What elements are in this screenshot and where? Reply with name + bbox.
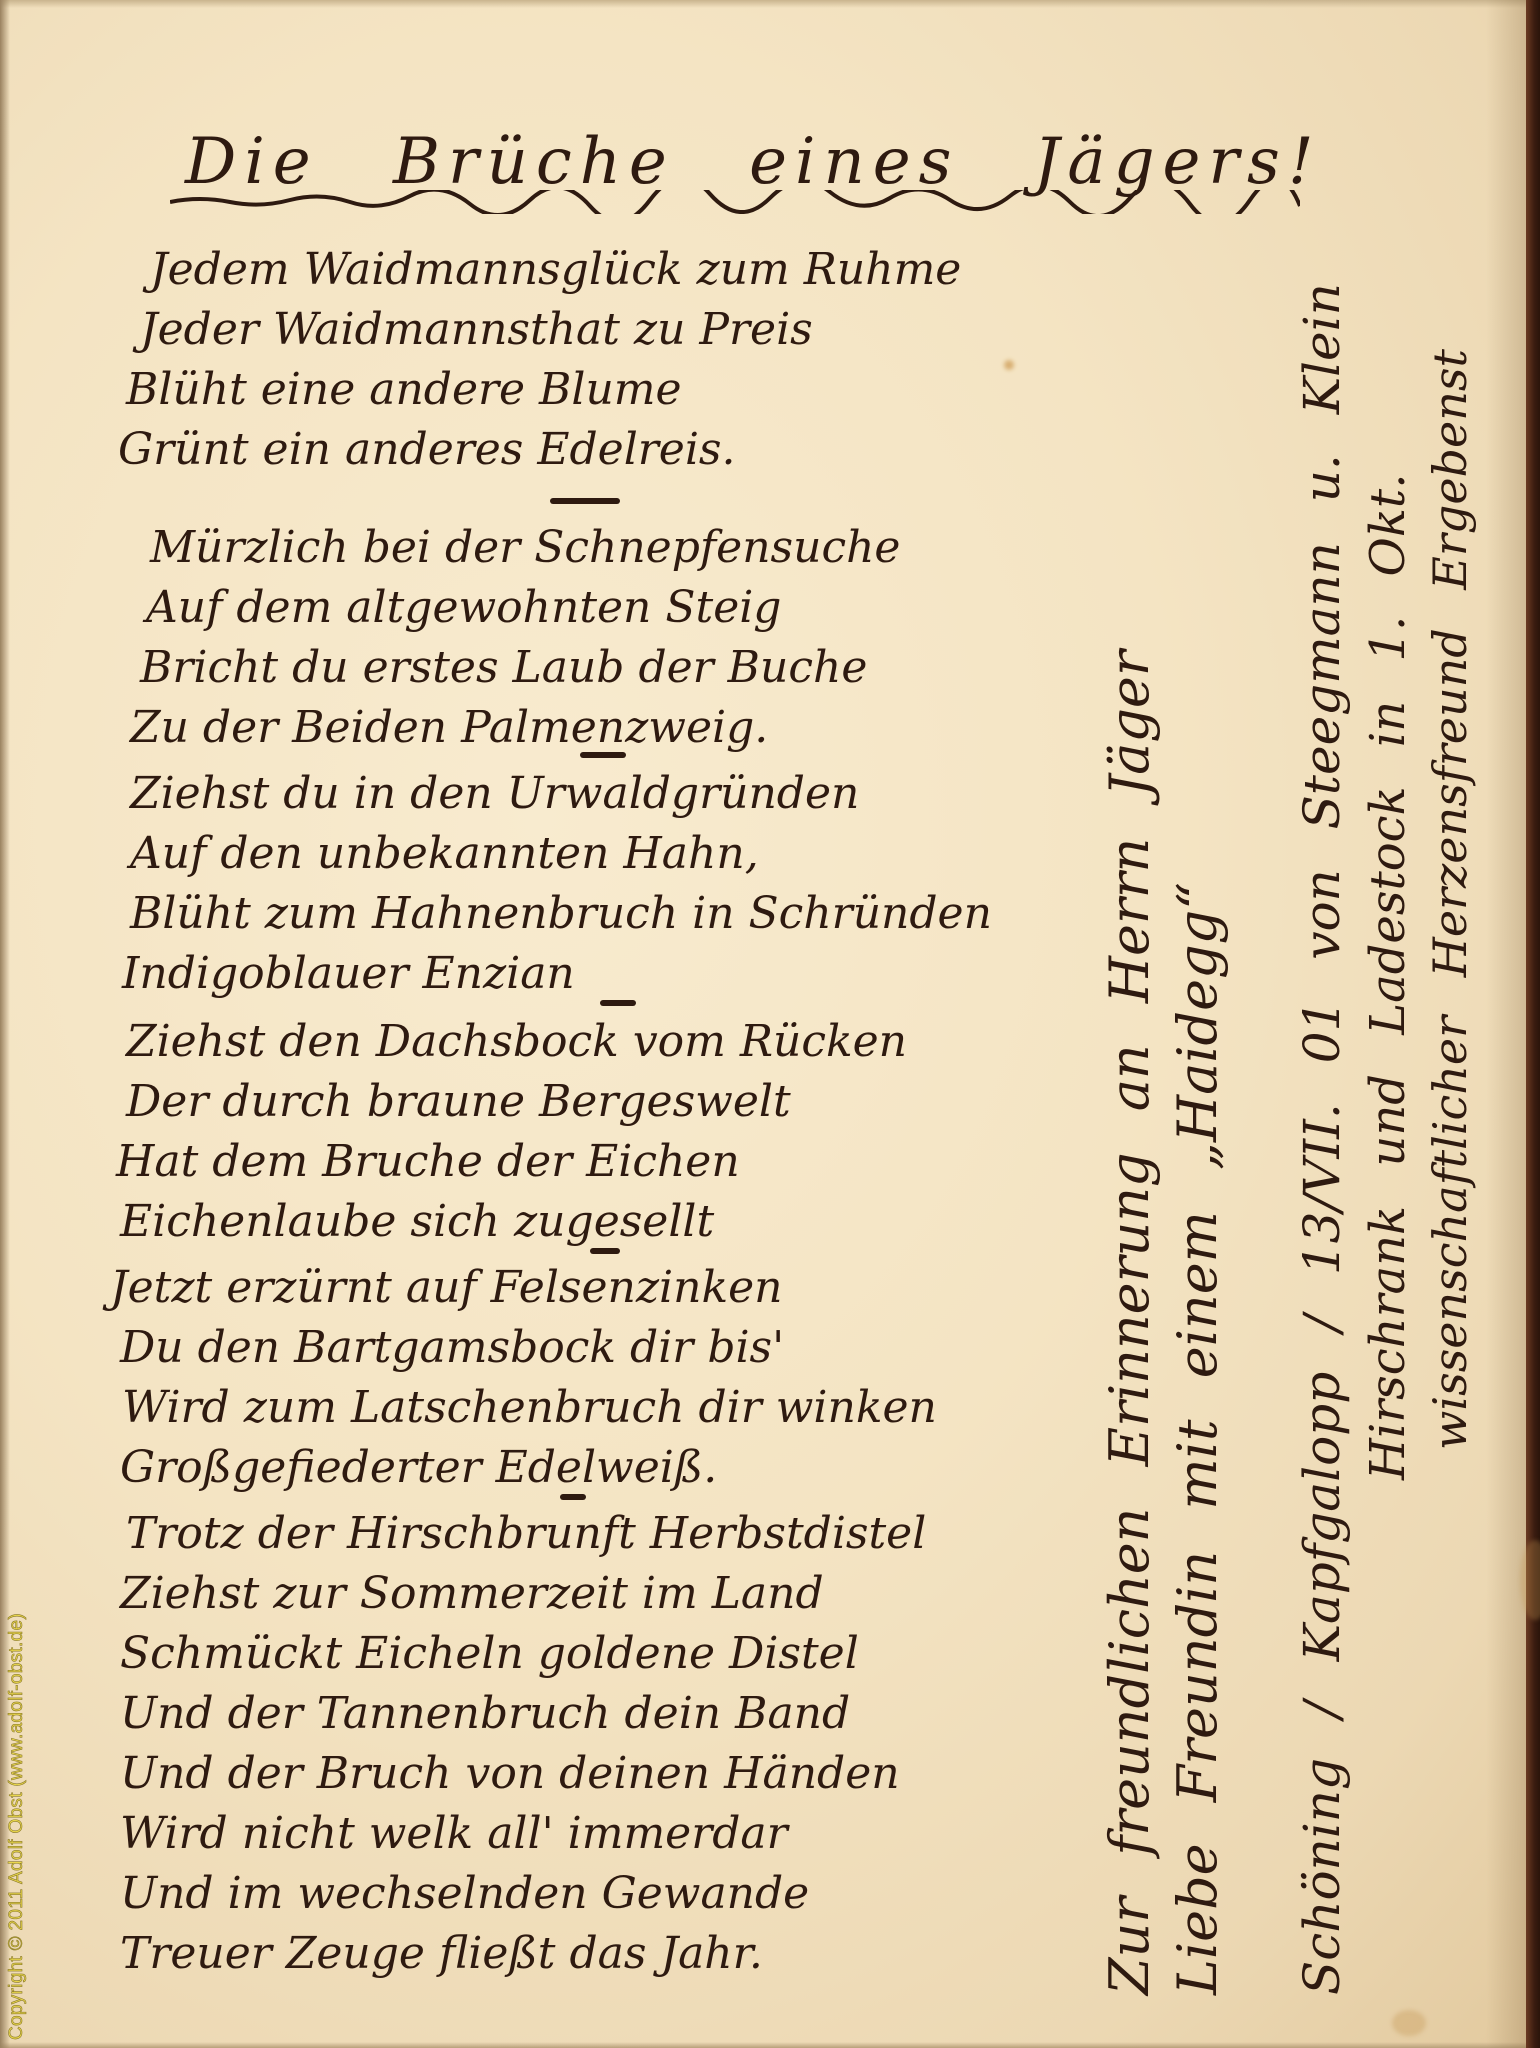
paper-stain <box>1392 2010 1426 2036</box>
verse-line: Indigoblauer Enzian <box>122 944 1090 1004</box>
verse-line: Wird zum Latschenbruch dir winken <box>122 1378 1090 1438</box>
verse-line: Hat dem Bruche der Eichen <box>116 1132 1090 1192</box>
title-wavy-underline <box>170 190 1300 214</box>
verse-line: Trotz der Hirschbrunft Herbstdistel <box>126 1504 1090 1564</box>
verse-line: Und im wechselnden Gewande <box>120 1864 1090 1924</box>
stanza: Trotz der Hirschbrunft Herbstdistel Zieh… <box>110 1504 1090 1984</box>
verse-line: Ziehst du in den Urwaldgründen <box>130 764 1090 824</box>
poem-body: Jedem Waidmannsglück zum Ruhme Jeder Wai… <box>110 240 1090 1984</box>
verse-line: Ziehst zur Sommerzeit im Land <box>120 1564 1090 1624</box>
signature-line-1: Schöning / Kapfgalopp / 13/VII. 01 von S… <box>1292 283 1352 1995</box>
stanza-divider <box>550 498 620 504</box>
verse-line: Mürzlich bei der Schnepfensuche <box>150 518 1090 578</box>
verse-line: Jeder Waidmannsthat zu Preis <box>140 300 1090 360</box>
binding-shadow <box>1486 0 1526 2048</box>
book-binding <box>1526 0 1540 2048</box>
verse-line: Du den Bartgamsbock dir bis' <box>120 1318 1090 1378</box>
verse-line: Schmückt Eicheln goldene Distel <box>120 1624 1090 1684</box>
stanza: Ziehst du in den Urwaldgründen Auf den u… <box>110 764 1090 1004</box>
manuscript-page: Die Brüche eines Jägers! Jedem Waidmanns… <box>0 0 1540 2048</box>
stanza: Jetzt erzürnt auf Felsenzinken Du den Ba… <box>110 1258 1090 1498</box>
verse-line: Der durch braune Bergeswelt <box>126 1072 1090 1132</box>
poem-title: Die Brüche eines Jägers! <box>185 125 1322 199</box>
verse-line: Und der Bruch von deinen Händen <box>120 1744 1090 1804</box>
verse-line: Jedem Waidmannsglück zum Ruhme <box>150 240 1090 300</box>
verse-line: Bricht du erstes Laub der Buche <box>140 638 1090 698</box>
verse-line: Zu der Beiden Palmenzweig. <box>130 698 1090 758</box>
signature-line-3: wissenschaftlicher Herzensfreund Ergeben… <box>1420 349 1480 1450</box>
verse-line: Auf dem altgewohnten Steig <box>146 578 1090 638</box>
verse-line: Blüht eine andere Blume <box>126 360 1090 420</box>
stanza: Mürzlich bei der Schnepfensuche Auf dem … <box>110 518 1090 758</box>
signature-line-2: Hirschrank und Ladestock in 1. Okt. <box>1358 474 1418 1480</box>
verse-line: Blüht zum Hahnenbruch in Schründen <box>130 884 1090 944</box>
verse-line: Jetzt erzürnt auf Felsenzinken <box>110 1258 1090 1318</box>
page-top-edge <box>0 0 1540 8</box>
stanza: Ziehst den Dachsbock vom Rücken Der durc… <box>110 1012 1090 1252</box>
page-bottom-edge <box>0 2042 1540 2048</box>
verse-line: Treuer Zeuge fließt das Jahr. <box>120 1924 1090 1984</box>
verse-line: Auf den unbekannten Hahn, <box>130 824 1090 884</box>
verse-line: Wird nicht welk all' immerdar <box>120 1804 1090 1864</box>
verse-line: Und der Tannenbruch dein Band <box>120 1684 1090 1744</box>
copyright-watermark: Copyright © 2011 Adolf Obst (www.adolf-o… <box>6 1613 28 2040</box>
verse-line: Eichenlaube sich zugesellt <box>120 1192 1090 1252</box>
verse-line: Ziehst den Dachsbock vom Rücken <box>126 1012 1090 1072</box>
dedication-line-1: Zur freundlichen Erinnerung an Herrn Jäg… <box>1100 650 1160 1995</box>
stanza: Jedem Waidmannsglück zum Ruhme Jeder Wai… <box>110 240 1090 480</box>
verse-line: Grünt ein anderes Edelreis. <box>118 420 1090 480</box>
verse-line: Großgefiederter Edelweiß. <box>120 1438 1090 1498</box>
stanza-divider <box>600 1000 636 1006</box>
dedication-line-2: Liebe Freundin mit einem „Haidegg“ <box>1168 882 1228 1995</box>
